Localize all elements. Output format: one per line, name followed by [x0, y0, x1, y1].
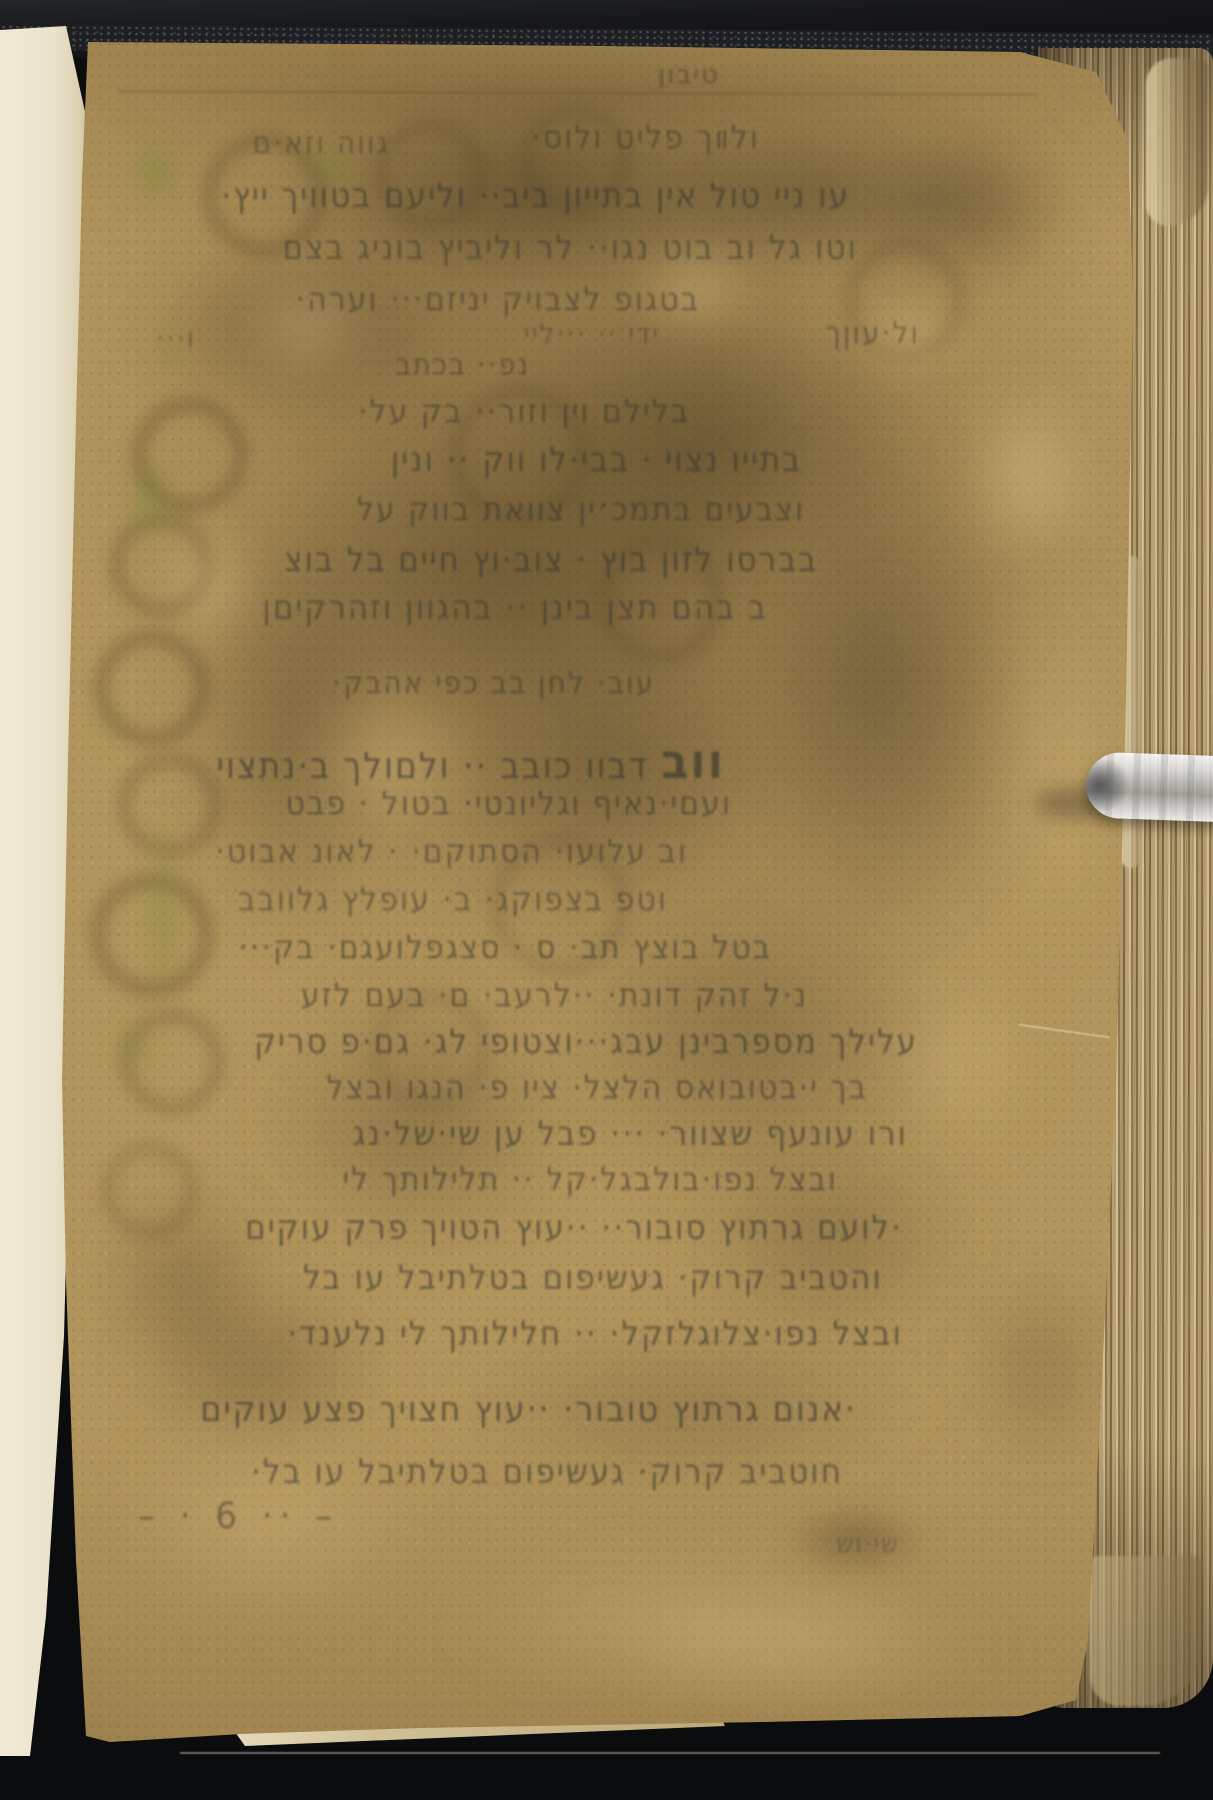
glass-weight-rod [1058, 728, 1213, 853]
manuscript-page: טיבון ולװך פליט ולוס·גווה וזא·םעו ניי טו… [60, 38, 1136, 1744]
page-vignette [60, 38, 1136, 1744]
manuscript-photograph: טיבון ולװך פליט ולוס·גווה וזא·םעו ניי טו… [0, 0, 1213, 1800]
page-curl-bottom [1090, 1556, 1202, 1706]
page-curl-top [1146, 58, 1208, 226]
glass-rod-body [1085, 751, 1213, 822]
bottom-edge-highlight-line [180, 1752, 1160, 1754]
